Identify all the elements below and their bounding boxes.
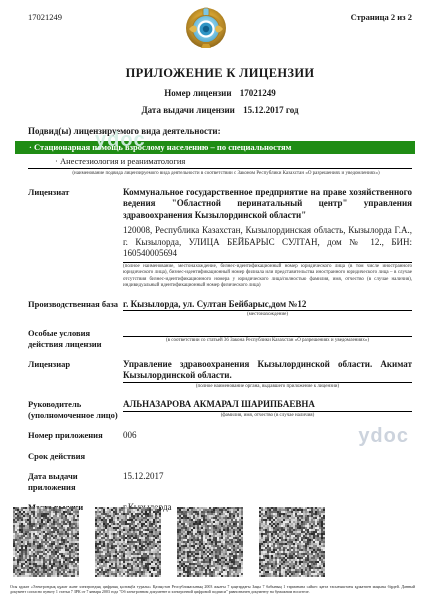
production-base-label: Производственная база	[28, 299, 123, 319]
page-title: ПРИЛОЖЕНИЕ К ЛИЦЕНЗИИ	[28, 66, 412, 81]
licensor-value: Управление здравоохранения Кызылординско…	[123, 359, 412, 383]
license-appendix-page: 17021249 Страница 2 из 2 ПРИЛОЖЕНИЕ К ЛИ…	[0, 0, 425, 513]
licensee-row: Лицензиат Коммунальное государственное п…	[28, 187, 412, 290]
head-row: Руководитель (уполномоченное лицо) АЛЬНА…	[28, 399, 412, 421]
subtype-highlighted-text: · Стационарная помощь взрослому населени…	[29, 142, 291, 152]
page-indicator: Страница 2 из 2	[351, 12, 412, 22]
licensee-name: Коммунальное государственное предприятие…	[123, 187, 412, 222]
verification-code-4	[259, 507, 325, 577]
licensor-caption: (полное наименование органа, выдавшего п…	[123, 384, 412, 391]
document-number: 17021249	[28, 12, 62, 22]
verification-code-1	[13, 507, 79, 577]
validity-value	[123, 451, 412, 462]
licensor-row: Лицензиар Управление здравоохранения Кыз…	[28, 359, 412, 391]
verification-code-3	[177, 507, 243, 577]
subtypes-heading: Подвид(ы) лицензируемого вида деятельнос…	[28, 126, 412, 136]
special-conditions-label: Особые условия действия лицензии	[28, 328, 123, 350]
licensor-label: Лицензиар	[28, 359, 123, 391]
appendix-issue-date-label: Дата выдачи приложения	[28, 471, 123, 493]
appendix-issue-date-value: 15.12.2017	[123, 471, 412, 493]
production-base-value: г. Кызылорда, ул. Султан Бейбарыс,дом №1…	[123, 299, 412, 312]
production-base-row: Производственная база г. Кызылорда, ул. …	[28, 299, 412, 319]
special-conditions-row: Особые условия действия лицензии (в соот…	[28, 328, 412, 350]
validity-label: Срок действия	[28, 451, 123, 462]
license-date-value: 15.12.2017 год	[243, 105, 298, 115]
license-date-line: Дата выдачи лицензии 15.12.2017 год	[28, 105, 412, 115]
appendix-number-row: Номер приложения 006	[28, 430, 412, 442]
license-number-value: 17021249	[240, 88, 276, 98]
license-number-line: Номер лицензии 17021249	[28, 88, 412, 98]
subtype-item: · Анестезиология и реаниматология	[28, 156, 412, 166]
special-conditions-caption: (в соответствии со статьей 36 Закона Рес…	[123, 338, 412, 345]
kazakhstan-emblem-icon	[183, 6, 229, 52]
head-value: АЛЬНАЗАРОВА АКМАРАЛ ШАРИПБАЕВНА	[123, 399, 412, 412]
head-label: Руководитель (уполномоченное лицо)	[28, 399, 123, 421]
footer-legal-text: Осы құжат «Электрондық құжат және электр…	[10, 584, 415, 594]
verification-codes	[13, 507, 325, 577]
verification-code-2	[95, 507, 161, 577]
licensee-caption: (полное наименование, местонахождение, б…	[123, 264, 412, 290]
appendix-number-label: Номер приложения	[28, 430, 123, 442]
subtype-highlighted-row: · Стационарная помощь взрослому населени…	[15, 141, 415, 154]
validity-row: Срок действия	[28, 451, 412, 462]
production-base-caption: (местонахождение)	[123, 312, 412, 319]
subtypes-caption: (наименование подвида лицензируемого вид…	[68, 171, 384, 178]
divider-line	[28, 168, 412, 169]
head-caption: (фамилия, имя, отчество (в случае наличи…	[123, 413, 412, 420]
license-number-label: Номер лицензии	[164, 88, 231, 98]
license-date-label: Дата выдачи лицензии	[141, 105, 234, 115]
licensee-label: Лицензиат	[28, 187, 123, 290]
appendix-issue-date-row: Дата выдачи приложения 15.12.2017	[28, 471, 412, 493]
licensee-address: 120008, Республика Казахстан, Кызылордин…	[123, 225, 412, 260]
appendix-number-value: 006	[123, 430, 412, 442]
empty-value-line	[123, 328, 412, 337]
page-header: 17021249 Страница 2 из 2	[28, 6, 412, 54]
divider-line	[123, 262, 412, 263]
